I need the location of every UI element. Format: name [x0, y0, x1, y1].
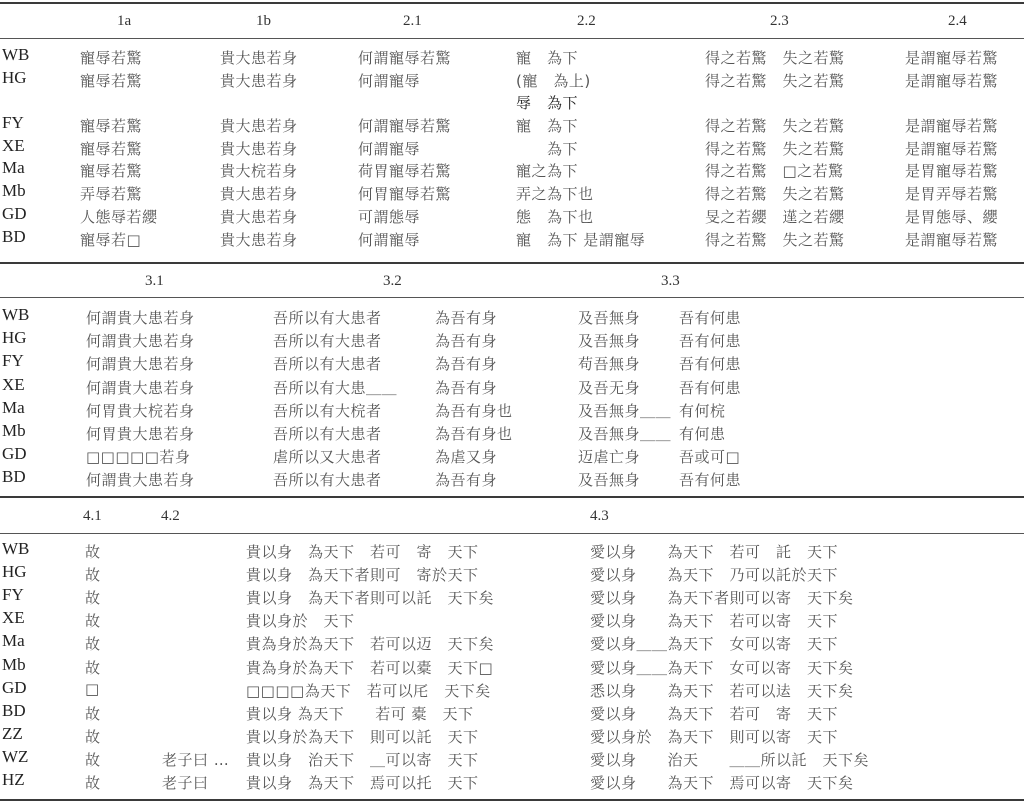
table-cell: 為吾有身也: [435, 400, 513, 421]
table-cell: 是謂寵辱若驚: [905, 138, 998, 159]
table-cell: 吾有何患: [679, 353, 741, 374]
row-label: BD: [2, 467, 26, 487]
table-cell: 辱 為下: [516, 92, 578, 113]
row-label: HG: [2, 562, 27, 582]
section-2-top-rule: [0, 262, 1024, 264]
table-cell: 為吾有身: [435, 330, 497, 351]
table-cell: 虐所以又大患者: [273, 446, 382, 467]
table-cell: 故: [85, 610, 101, 631]
table-cell: 貴以身 為天下 若可 寄 天下: [246, 541, 479, 562]
table-cell: 可謂態辱: [358, 206, 420, 227]
table-cell: 貴以身 為天下者則可以託 天下矣: [246, 587, 494, 608]
table-cell: 寵辱若□: [80, 229, 141, 250]
table-cell: 貴大患若身: [220, 229, 298, 250]
table-cell: 故: [85, 657, 101, 678]
top-rule: [0, 2, 1024, 4]
table-cell: 得之若驚 失之若驚: [705, 229, 845, 250]
table-cell: 為下: [516, 138, 578, 159]
table-cell: 為虐又身: [435, 446, 497, 467]
table-cell: 及吾无身: [578, 377, 640, 398]
table-cell: 得之若驚 失之若驚: [705, 47, 845, 68]
table-cell: 貴大患若身: [220, 183, 298, 204]
table-cell: 何謂貴大患若身: [86, 377, 195, 398]
table-cell: 貴為身於為天下 若可以迈 天下矣: [246, 633, 494, 654]
row-label: FY: [2, 585, 24, 605]
col-header-2-3: 2.3: [770, 13, 789, 30]
table-cell: 寵辱若驚: [80, 47, 142, 68]
table-cell: 有何患: [679, 423, 726, 444]
table-cell: 何謂貴大患若身: [86, 330, 195, 351]
row-label: XE: [2, 375, 25, 395]
table-cell: 得之若驚 失之若驚: [705, 183, 845, 204]
table-cell: 得之若驚 失之若驚: [705, 70, 845, 91]
table-cell: 迈虐亡身: [578, 446, 640, 467]
table-cell: 寵 為下 是謂寵辱: [516, 229, 645, 250]
table-cell: 寵辱若驚: [80, 138, 142, 159]
table-cell: 及吾無身＿＿: [578, 400, 671, 421]
table-cell: 何謂寵辱: [358, 229, 420, 250]
table-cell: 愛以身於 為天下 則可以寄 天下: [590, 726, 838, 747]
col-header-2-2: 2.2: [577, 13, 596, 30]
table-cell: 荷胃寵辱若驚: [358, 160, 451, 181]
table-cell: 有何梡: [679, 400, 726, 421]
table-cell: 吾所以有大患者: [273, 423, 382, 444]
table-cell: 是胃弄辱若驚: [905, 183, 998, 204]
table-cell: 吾所以有大患者: [273, 330, 382, 351]
table-cell: 是胃寵辱若驚: [905, 160, 998, 181]
table-cell: 何胃貴大梡若身: [86, 400, 195, 421]
table-cell: 弄之為下也: [516, 183, 594, 204]
row-label: BD: [2, 701, 26, 721]
section-3-header-rule: [0, 533, 1024, 534]
row-label: HG: [2, 328, 27, 348]
table-cell: 寵辱若驚: [80, 115, 142, 136]
table-cell: 老子曰 …: [162, 749, 229, 770]
col-header-4-1: 4.1: [83, 508, 102, 525]
row-label: WZ: [2, 747, 28, 767]
table-cell: 吾有何患: [679, 330, 741, 351]
table-cell: 貴大患若身: [220, 115, 298, 136]
table-cell: 何胃貴大患若身: [86, 423, 195, 444]
row-label: XE: [2, 136, 25, 156]
table-cell: 吾所以有大梡者: [273, 400, 382, 421]
table-cell: 及吾無身: [578, 307, 640, 328]
header-rule: [0, 38, 1024, 39]
row-label: Mb: [2, 181, 26, 201]
col-header-1b: 1b: [256, 13, 271, 30]
row-label: XE: [2, 608, 25, 628]
table-cell: 愛以身 為天下 若可 託 天下: [590, 541, 838, 562]
row-label: WB: [2, 305, 29, 325]
table-cell: 愛以身 為天下 乃可以託於天下: [590, 564, 838, 585]
table-cell: 何謂寵辱: [358, 70, 420, 91]
table-cell: 為吾有身: [435, 377, 497, 398]
table-cell: □□□□為天下 若可以厇 天下矣: [246, 680, 491, 701]
table-cell: 何謂貴大患若身: [86, 353, 195, 374]
table-cell: 貴以身 為天下者則可 寄於天下: [246, 564, 479, 585]
table-cell: 為吾有身: [435, 307, 497, 328]
col-header-2-1: 2.1: [403, 13, 422, 30]
table-cell: 吾有何患: [679, 469, 741, 490]
table-cell: 何謂寵辱若驚: [358, 115, 451, 136]
table-cell: 何謂貴大患若身: [86, 307, 195, 328]
table-cell: 得之若驚 失之若驚: [705, 138, 845, 159]
row-label: BD: [2, 227, 26, 247]
table-cell: 得之若驚 □之若驚: [705, 160, 844, 181]
table-cell: 是謂寵辱若驚: [905, 47, 998, 68]
col-header-3-2: 3.2: [383, 273, 402, 290]
table-cell: 貴大患若身: [220, 47, 298, 68]
table-cell: 老子曰: [162, 772, 209, 793]
table-cell: 是謂寵辱若驚: [905, 115, 998, 136]
table-cell: 何謂貴大患若身: [86, 469, 195, 490]
bottom-rule: [0, 799, 1024, 801]
table-cell: 愛以身＿＿為天下 女可以寄 天下矣: [590, 657, 854, 678]
table-cell: (寵 為上): [516, 70, 591, 91]
row-label: GD: [2, 444, 27, 464]
table-cell: 貴大患若身: [220, 206, 298, 227]
table-cell: 吾所以有大患者: [273, 353, 382, 374]
table-cell: 故: [85, 726, 101, 747]
table-cell: 寵之為下: [516, 160, 578, 181]
row-label: FY: [2, 351, 24, 371]
table-cell: 弄辱若驚: [80, 183, 142, 204]
row-label: GD: [2, 678, 27, 698]
table-cell: 何謂寵辱若驚: [358, 47, 451, 68]
row-label: Ma: [2, 631, 25, 651]
row-label: FY: [2, 113, 24, 133]
row-label: GD: [2, 204, 27, 224]
row-label: Ma: [2, 158, 25, 178]
col-header-4-3: 4.3: [590, 508, 609, 525]
table-cell: 苟吾無身: [578, 353, 640, 374]
table-cell: 吾有何患: [679, 307, 741, 328]
table-cell: □□□□□若身: [86, 446, 190, 467]
table-cell: 貴以身 為天下 焉可以托 天下: [246, 772, 479, 793]
table-cell: 愛以身 為天下 若可 寄 天下: [590, 703, 838, 724]
table-cell: 旻之若纓 遳之若纓: [705, 206, 845, 227]
col-header-3-3: 3.3: [661, 273, 680, 290]
table-cell: 是謂寵辱若驚: [905, 229, 998, 250]
section-2-header-rule: [0, 297, 1024, 298]
col-header-1a: 1a: [117, 13, 131, 30]
row-label: HZ: [2, 770, 25, 790]
table-cell: □: [85, 680, 100, 698]
row-label: WB: [2, 539, 29, 559]
table-cell: 愛以身 為天下 焉可以寄 天下矣: [590, 772, 854, 793]
table-cell: 貴以身 治天下 ＿可以寄 天下: [246, 749, 479, 770]
table-cell: 吾所以有大患者: [273, 469, 382, 490]
table-cell: 貴大患若身: [220, 138, 298, 159]
table-cell: 貴以身於為天下 則可以託 天下: [246, 726, 479, 747]
table-cell: 及吾無身: [578, 469, 640, 490]
row-label: Mb: [2, 421, 26, 441]
table-cell: 寵辱若驚: [80, 160, 142, 181]
table-cell: 貴大梡若身: [220, 160, 298, 181]
table-cell: 人態辱若纓: [80, 206, 158, 227]
row-label: ZZ: [2, 724, 23, 744]
table-cell: 貴大患若身: [220, 70, 298, 91]
table-cell: 得之若驚 失之若驚: [705, 115, 845, 136]
table-cell: 何謂寵辱: [358, 138, 420, 159]
table-cell: 故: [85, 587, 101, 608]
table-cell: 態 為下也: [516, 206, 594, 227]
row-label: WB: [2, 45, 29, 65]
table-cell: 何胃寵辱若驚: [358, 183, 451, 204]
table-cell: 故: [85, 564, 101, 585]
table-cell: 故: [85, 633, 101, 654]
table-cell: 寵 為下: [516, 47, 578, 68]
row-label: HG: [2, 68, 27, 88]
table-cell: 寵 為下: [516, 115, 578, 136]
table-cell: 為吾有身: [435, 469, 497, 490]
table-cell: 愛以身 治天 ＿＿所以託 天下矣: [590, 749, 869, 770]
table-cell: 故: [85, 749, 101, 770]
table-cell: 愛以身 為天下者則可以寄 天下矣: [590, 587, 854, 608]
row-label: Mb: [2, 655, 26, 675]
table-cell: 故: [85, 772, 101, 793]
table-cell: 是謂寵辱若驚: [905, 70, 998, 91]
table-cell: 寵辱若驚: [80, 70, 142, 91]
section-3-top-rule: [0, 496, 1024, 498]
table-cell: 及吾無身＿＿: [578, 423, 671, 444]
table-cell: 貴以身於 天下: [246, 610, 355, 631]
table-cell: 及吾無身: [578, 330, 640, 351]
table-cell: 貴為身於為天下 若可以橐 天下□: [246, 657, 493, 678]
col-header-4-2: 4.2: [161, 508, 180, 525]
table-cell: 愛以身 為天下 若可以寄 天下: [590, 610, 838, 631]
table-cell: 吾或可□: [679, 446, 740, 467]
table-cell: 悉以身 為天下 若可以迲 天下矣: [590, 680, 854, 701]
row-label: Ma: [2, 398, 25, 418]
table-cell: 為吾有身: [435, 353, 497, 374]
table-cell: 貴以身 為天下 若可 橐 天下: [246, 703, 474, 724]
table-cell: 是胃態辱、纓: [905, 206, 998, 227]
table-cell: 吾有何患: [679, 377, 741, 398]
table-cell: 故: [85, 703, 101, 724]
table-cell: 吾所以有大患＿＿: [273, 377, 397, 398]
col-header-2-4: 2.4: [948, 13, 967, 30]
col-header-3-1: 3.1: [145, 273, 164, 290]
table-cell: 故: [85, 541, 101, 562]
table-cell: 為吾有身也: [435, 423, 513, 444]
table-cell: 吾所以有大患者: [273, 307, 382, 328]
table-cell: 愛以身＿＿為天下 女可以寄 天下: [590, 633, 838, 654]
